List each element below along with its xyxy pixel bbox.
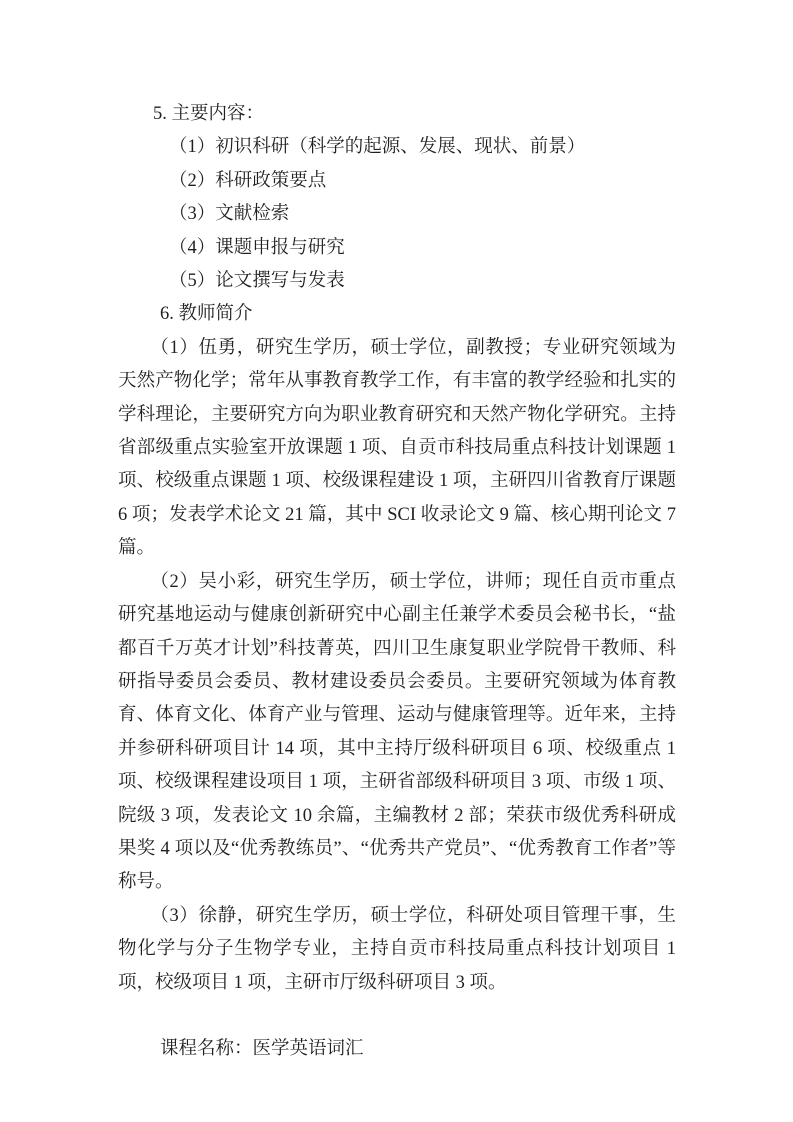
teacher-bio-paragraph-2: （2）吴小彩，研究生学历，硕士学位，讲师；现任自贡市重点研究基地运动与健康创新研… [118,566,676,900]
section-6-heading: 6. 教师简介 [118,298,676,331]
teacher-bio-paragraph-3: （3）徐静，研究生学历，硕士学位，科研处项目管理干事，生物化学与分子生物学专业，… [118,900,676,1000]
section-5-item-3: （3）文献检索 [118,198,676,231]
course-name-line: 课程名称：医学英语词汇 [118,1033,676,1066]
teacher-bio-paragraph-1: （1）伍勇，研究生学历，硕士学位，副教授；专业研究领域为天然产物化学；常年从事教… [118,332,676,566]
blank-line [118,1000,676,1033]
section-5-item-4: （4）课题申报与研究 [118,232,676,265]
section-5-heading: 5. 主要内容： [118,98,676,131]
document-content: 5. 主要内容： （1）初识科研（科学的起源、发展、现状、前景） （2）科研政策… [118,98,676,1067]
section-5-item-2: （2）科研政策要点 [118,165,676,198]
section-5-item-5: （5）论文撰写与发表 [118,265,676,298]
document-page: 5. 主要内容： （1）初识科研（科学的起源、发展、现状、前景） （2）科研政策… [0,0,793,1122]
section-5-item-1: （1）初识科研（科学的起源、发展、现状、前景） [118,131,676,164]
